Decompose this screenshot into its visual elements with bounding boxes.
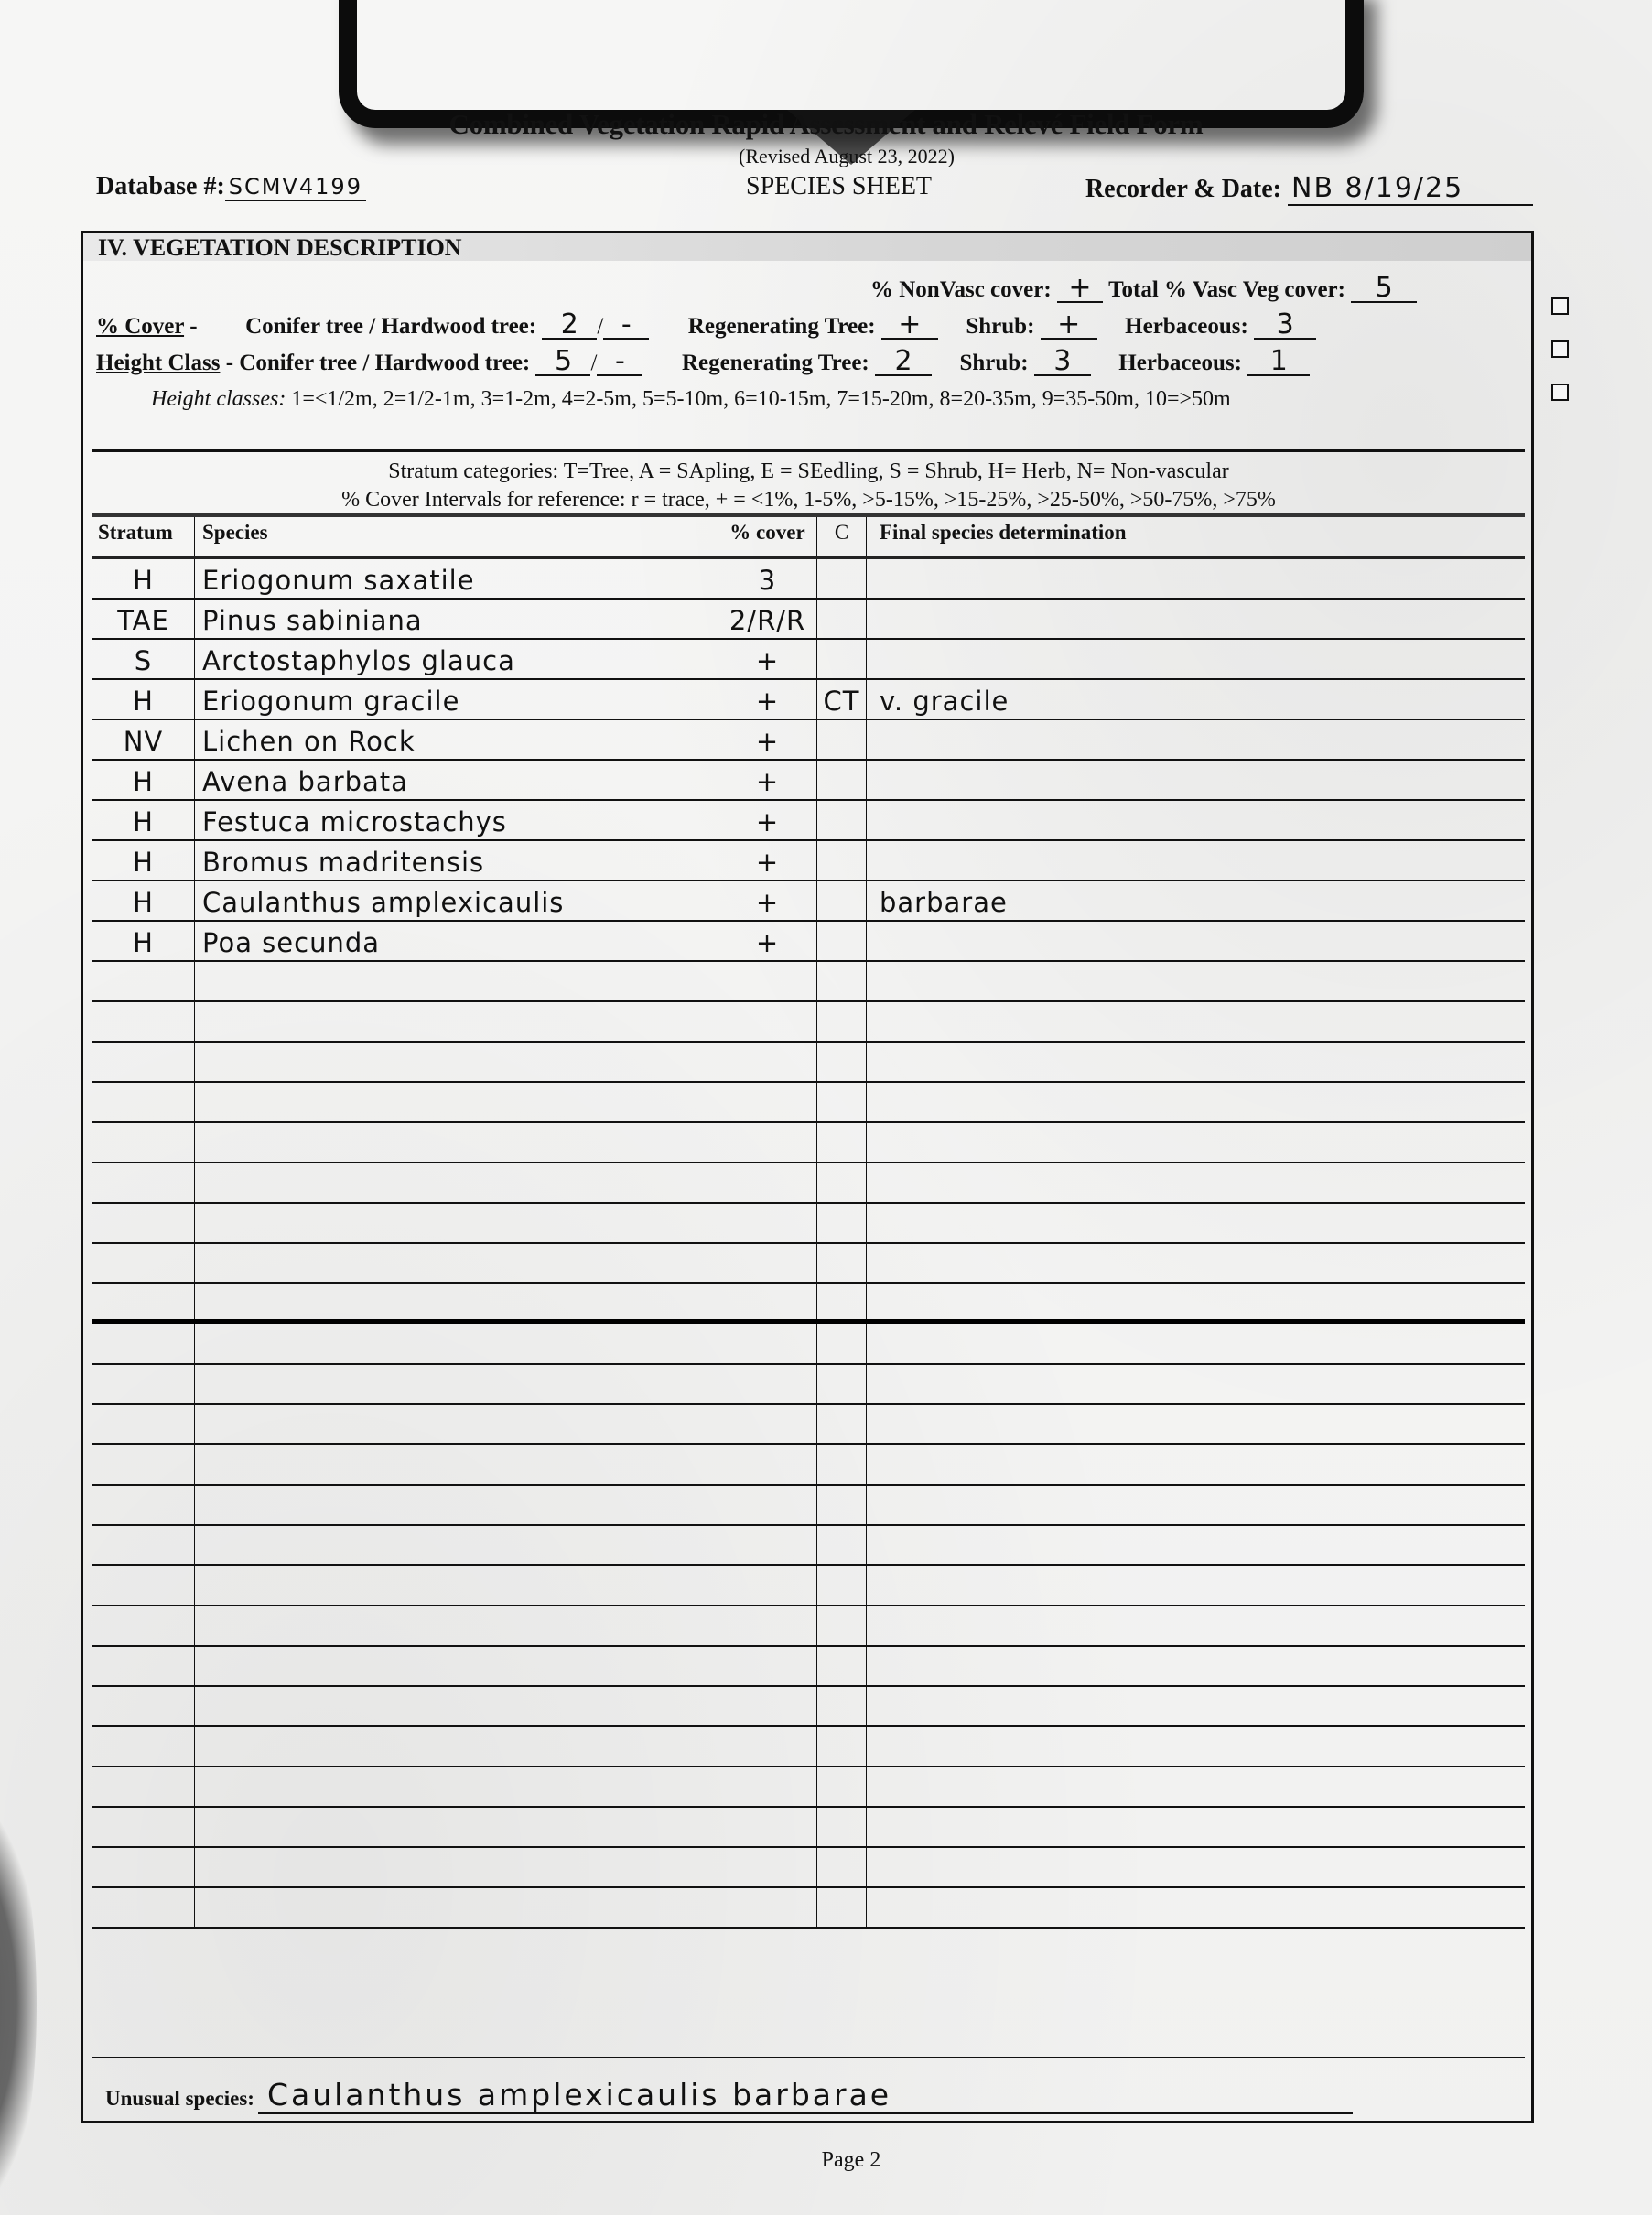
final-determination-cell[interactable]: v. gracile [867, 680, 1525, 719]
cover-cell[interactable] [718, 1848, 817, 1886]
final-determination-cell[interactable] [867, 1123, 1525, 1162]
stratum-cell[interactable] [92, 1204, 195, 1242]
c-cell[interactable] [817, 1123, 867, 1162]
stratum-categories: Stratum categories: T=Tree, A = SApling,… [92, 458, 1525, 486]
total-cover-line: % NonVasc cover: + Total % Vasc Veg cove… [870, 276, 1417, 303]
species-cell[interactable] [195, 1002, 718, 1041]
stratum-cell[interactable]: H [92, 881, 195, 920]
table-row [92, 1204, 1525, 1244]
c-cell[interactable] [817, 1888, 867, 1927]
species-cell[interactable] [195, 1486, 718, 1524]
recorder-value[interactable]: NB 8/19/25 [1288, 172, 1533, 206]
cover-cell[interactable]: + [718, 720, 817, 759]
cover-intervals: % Cover Intervals for reference: r = tra… [92, 486, 1525, 514]
species-cell[interactable]: Lichen on Rock [195, 720, 718, 759]
height-class-line: Height Class - Conifer tree / Hardwood t… [96, 349, 1310, 376]
header-stratum: Stratum [92, 517, 195, 556]
cover-cell[interactable]: 2/R/R [718, 600, 817, 638]
stratum-cell[interactable] [92, 1526, 195, 1564]
percent-cover-line: % Cover - Conifer tree / Hardwood tree: … [96, 312, 1316, 340]
final-determination-cell[interactable] [867, 1566, 1525, 1605]
species-cell[interactable] [195, 1647, 718, 1685]
regen-cover-label: Regenerating Tree: [688, 314, 876, 339]
final-determination-cell[interactable] [867, 720, 1525, 759]
c-cell[interactable] [817, 801, 867, 839]
conifer-cover-value[interactable]: 2 [542, 312, 597, 340]
final-determination-cell[interactable] [867, 1043, 1525, 1081]
table-row: HAvena barbata+ [92, 761, 1525, 801]
herb-height-label: Herbaceous: [1118, 351, 1242, 375]
stratum-cell[interactable] [92, 1163, 195, 1202]
c-cell[interactable] [817, 1486, 867, 1524]
species-cell[interactable] [195, 962, 718, 1000]
form-revision: (Revised August 23, 2022) [0, 145, 1652, 168]
cover-cell[interactable] [718, 1727, 817, 1766]
table-row [92, 962, 1525, 1002]
c-cell[interactable] [817, 1767, 867, 1806]
table-row [92, 1606, 1525, 1647]
recorder-field: Recorder & Date: NB 8/19/25 [1085, 172, 1533, 206]
database-value[interactable]: SCMV4199 [225, 174, 366, 201]
table-row [92, 1767, 1525, 1808]
final-determination-cell[interactable] [867, 1486, 1525, 1524]
table-header: Stratum Species % cover C Final species … [92, 517, 1525, 559]
table-row: HBromus madritensis+ [92, 841, 1525, 881]
cover-cell[interactable]: + [718, 761, 817, 799]
table-row [92, 1284, 1525, 1324]
section-title: IV. VEGETATION DESCRIPTION [83, 233, 1531, 261]
stratum-cell[interactable] [92, 1767, 195, 1806]
species-cell[interactable]: Eriogonum saxatile [195, 559, 718, 598]
c-cell[interactable] [817, 1324, 867, 1363]
stratum-cell[interactable] [92, 1324, 195, 1363]
cover-cell[interactable] [718, 1405, 817, 1443]
table-row: HPoa secunda+ [92, 922, 1525, 962]
height-classes-label: Height classes: [151, 387, 286, 411]
c-cell[interactable] [817, 1687, 867, 1725]
stratum-cell[interactable] [92, 1566, 195, 1605]
shrub-cover-value[interactable]: + [1041, 312, 1097, 340]
table-row: HEriogonum saxatile3 [92, 559, 1525, 600]
cover-cell[interactable] [718, 1083, 817, 1121]
species-cell[interactable] [195, 1767, 718, 1806]
shrub-height-label: Shrub: [960, 351, 1029, 375]
cover-cell[interactable] [718, 1486, 817, 1524]
final-determination-cell[interactable] [867, 922, 1525, 960]
cover-cell[interactable]: + [718, 640, 817, 678]
unusual-species-value[interactable]: Caulanthus amplexicaulis barbarae [258, 2077, 1353, 2114]
conifer-hardwood-height-label: Conifer tree / Hardwood tree: [239, 351, 530, 375]
c-cell[interactable] [817, 720, 867, 759]
table-row [92, 1405, 1525, 1445]
stratum-cell[interactable] [92, 1043, 195, 1081]
cover-cell[interactable] [718, 1767, 817, 1806]
herb-cover-value[interactable]: 3 [1254, 312, 1316, 340]
cover-cell[interactable] [718, 1566, 817, 1605]
species-cell[interactable] [195, 1083, 718, 1121]
c-cell[interactable] [817, 881, 867, 920]
cover-cell[interactable]: + [718, 680, 817, 719]
header-final: Final species determination [867, 517, 1525, 556]
table-row: SArctostaphylos glauca+ [92, 640, 1525, 680]
c-cell[interactable] [817, 761, 867, 799]
page-number: Page 2 [0, 2148, 1652, 2173]
c-cell[interactable] [817, 841, 867, 880]
final-determination-cell[interactable] [867, 1324, 1525, 1363]
table-row [92, 1727, 1525, 1767]
cover-cell[interactable] [718, 1163, 817, 1202]
total-vasc-label: Total % Vasc Veg cover: [1108, 277, 1345, 302]
unusual-species-label: Unusual species: [105, 2087, 254, 2110]
cover-cell[interactable] [718, 1445, 817, 1484]
table-row [92, 1848, 1525, 1888]
species-cell[interactable]: Pinus sabiniana [195, 600, 718, 638]
final-determination-cell[interactable] [867, 1083, 1525, 1121]
c-cell[interactable] [817, 1606, 867, 1645]
species-cell[interactable]: Bromus madritensis [195, 841, 718, 880]
species-cell[interactable] [195, 1727, 718, 1766]
stratum-cell[interactable]: TAE [92, 600, 195, 638]
stratum-cell[interactable]: H [92, 761, 195, 799]
checkbox[interactable] [1551, 340, 1569, 358]
regen-height-value[interactable]: 2 [875, 349, 932, 376]
stratum-cell[interactable]: S [92, 640, 195, 678]
table-row: NVLichen on Rock+ [92, 720, 1525, 761]
final-determination-cell[interactable]: barbarae [867, 881, 1525, 920]
final-determination-cell[interactable] [867, 761, 1525, 799]
c-cell[interactable] [817, 640, 867, 678]
table-row [92, 1163, 1525, 1204]
final-determination-cell[interactable] [867, 1002, 1525, 1041]
c-cell[interactable]: CT [817, 680, 867, 719]
final-determination-cell[interactable] [867, 801, 1525, 839]
shrub-height-value[interactable]: 3 [1034, 349, 1091, 376]
conifer-hardwood-label: Conifer tree / Hardwood tree: [245, 314, 536, 339]
species-table: Stratum Species % cover C Final species … [92, 513, 1525, 1929]
stratum-cell[interactable] [92, 1083, 195, 1121]
height-classes-legend: Height classes: 1=<1/2m, 2=1/2-1m, 3=1-2… [151, 387, 1231, 412]
species-cell[interactable] [195, 1284, 718, 1319]
c-cell[interactable] [817, 1647, 867, 1685]
species-cell[interactable] [195, 1365, 718, 1403]
c-cell[interactable] [817, 1445, 867, 1484]
c-cell[interactable] [817, 1043, 867, 1081]
stratum-cell[interactable]: H [92, 841, 195, 880]
cover-cell[interactable] [718, 1204, 817, 1242]
final-determination-cell[interactable] [867, 1687, 1525, 1725]
table-row: HCaulanthus amplexicaulis+barbarae [92, 881, 1525, 922]
c-cell[interactable] [817, 1405, 867, 1443]
c-cell[interactable] [817, 1566, 867, 1605]
herb-cover-label: Herbaceous: [1125, 314, 1248, 339]
cover-cell[interactable] [718, 962, 817, 1000]
c-cell[interactable] [817, 962, 867, 1000]
final-determination-cell[interactable] [867, 1445, 1525, 1484]
table-row [92, 1888, 1525, 1929]
final-determination-cell[interactable] [867, 962, 1525, 1000]
final-determination-cell[interactable] [867, 1405, 1525, 1443]
cover-cell[interactable]: + [718, 841, 817, 880]
recorder-label: Recorder & Date: [1085, 175, 1281, 203]
cover-cell[interactable] [718, 1647, 817, 1685]
total-vasc-value[interactable]: 5 [1351, 276, 1417, 303]
stratum-cell[interactable] [92, 1848, 195, 1886]
table-row [92, 1486, 1525, 1526]
stratum-cell[interactable]: H [92, 801, 195, 839]
final-determination-cell[interactable] [867, 1727, 1525, 1766]
hardwood-cover-value[interactable]: - [603, 312, 649, 340]
species-cell[interactable] [195, 1526, 718, 1564]
final-determination-cell[interactable] [867, 640, 1525, 678]
hardwood-height-value[interactable]: - [597, 349, 642, 376]
checkbox[interactable] [1551, 297, 1569, 315]
form-title: Combined Vegetation Rapid Assessment and… [0, 108, 1652, 141]
table-row [92, 1324, 1525, 1365]
cover-cell[interactable] [718, 1808, 817, 1846]
stratum-cell[interactable] [92, 1486, 195, 1524]
cover-cell[interactable] [718, 1606, 817, 1645]
c-cell[interactable] [817, 1808, 867, 1846]
height-classes-text: 1=<1/2m, 2=1/2-1m, 3=1-2m, 4=2-5m, 5=5-1… [291, 387, 1230, 411]
c-cell[interactable] [817, 922, 867, 960]
unusual-species: Unusual species: Caulanthus amplexicauli… [92, 2057, 1525, 2121]
cover-cell[interactable]: 3 [718, 559, 817, 598]
form-header: Database #:SCMV4199 SPECIES SHEET Record… [96, 172, 1533, 209]
herb-height-value[interactable]: 1 [1247, 349, 1310, 376]
stratum-cell[interactable] [92, 1445, 195, 1484]
header-species: Species [195, 517, 718, 556]
stratum-cell[interactable] [92, 1123, 195, 1162]
final-determination-cell[interactable] [867, 1244, 1525, 1282]
final-determination-cell[interactable] [867, 1848, 1525, 1886]
species-cell[interactable]: Festuca microstachys [195, 801, 718, 839]
cover-cell[interactable] [718, 1687, 817, 1725]
nonvasc-label: % NonVasc cover: [870, 277, 1052, 302]
c-cell[interactable] [817, 559, 867, 598]
final-determination-cell[interactable] [867, 1606, 1525, 1645]
final-determination-cell[interactable] [867, 1365, 1525, 1403]
final-determination-cell[interactable] [867, 1888, 1525, 1927]
species-cell[interactable] [195, 1405, 718, 1443]
c-cell[interactable] [817, 1727, 867, 1766]
header-c: C [817, 517, 867, 556]
regen-height-label: Regenerating Tree: [682, 351, 869, 375]
table-row: HFestuca microstachys+ [92, 801, 1525, 841]
cover-cell[interactable] [718, 1002, 817, 1041]
table-row [92, 1002, 1525, 1043]
final-determination-cell[interactable] [867, 1284, 1525, 1319]
cover-cell[interactable]: + [718, 922, 817, 960]
species-cell[interactable] [195, 1888, 718, 1927]
stratum-cell[interactable] [92, 1647, 195, 1685]
stratum-cell[interactable] [92, 962, 195, 1000]
species-cell[interactable] [195, 1324, 718, 1363]
species-cell[interactable] [195, 1606, 718, 1645]
vegetation-description-section: IV. VEGETATION DESCRIPTION % NonVasc cov… [81, 231, 1534, 2123]
header-cover: % cover [718, 517, 817, 556]
final-determination-cell[interactable] [867, 1526, 1525, 1564]
final-determination-cell[interactable] [867, 1204, 1525, 1242]
table-row [92, 1244, 1525, 1284]
reference-block: Stratum categories: T=Tree, A = SApling,… [92, 449, 1525, 513]
species-cell[interactable]: Poa secunda [195, 922, 718, 960]
c-cell[interactable] [817, 1284, 867, 1319]
cover-cell[interactable] [718, 1284, 817, 1319]
table-row [92, 1365, 1525, 1405]
species-cell[interactable] [195, 1687, 718, 1725]
species-cell[interactable] [195, 1204, 718, 1242]
species-cell[interactable]: Eriogonum gracile [195, 680, 718, 719]
table-row [92, 1647, 1525, 1687]
final-determination-cell[interactable] [867, 1163, 1525, 1202]
c-cell[interactable] [817, 1002, 867, 1041]
final-determination-cell[interactable] [867, 1808, 1525, 1846]
c-cell[interactable] [817, 1526, 867, 1564]
margin-checkboxes [1551, 297, 1569, 427]
sheet-name: SPECIES SHEET [746, 172, 932, 201]
c-cell[interactable] [817, 600, 867, 638]
table-row [92, 1083, 1525, 1123]
c-cell[interactable] [817, 1083, 867, 1121]
species-cell[interactable] [195, 1808, 718, 1846]
final-determination-cell[interactable] [867, 1647, 1525, 1685]
species-cell[interactable] [195, 1566, 718, 1605]
stratum-cell[interactable] [92, 1244, 195, 1282]
stratum-cell[interactable] [92, 1687, 195, 1725]
species-cell[interactable] [195, 1123, 718, 1162]
height-class-label: Height Class [96, 351, 220, 375]
database-label: Database #: [96, 172, 225, 200]
c-cell[interactable] [817, 1848, 867, 1886]
stratum-cell[interactable]: H [92, 922, 195, 960]
species-cell[interactable]: Arctostaphylos glauca [195, 640, 718, 678]
species-cell[interactable] [195, 1043, 718, 1081]
table-row: TAEPinus sabiniana2/R/R [92, 600, 1525, 640]
nonvasc-value[interactable]: + [1057, 276, 1103, 303]
species-cell[interactable] [195, 1163, 718, 1202]
stratum-cell[interactable] [92, 1808, 195, 1846]
c-cell[interactable] [817, 1204, 867, 1242]
stratum-cell[interactable] [92, 1727, 195, 1766]
stratum-cell[interactable]: H [92, 559, 195, 598]
cover-cell[interactable]: + [718, 881, 817, 920]
table-row [92, 1043, 1525, 1083]
cover-cell[interactable] [718, 1365, 817, 1403]
cover-cell[interactable] [718, 1244, 817, 1282]
table-row [92, 1566, 1525, 1606]
table-row [92, 1808, 1525, 1848]
stratum-cell[interactable] [92, 1606, 195, 1645]
stratum-cell[interactable]: H [92, 680, 195, 719]
species-cell[interactable] [195, 1848, 718, 1886]
c-cell[interactable] [817, 1365, 867, 1403]
table-row: HEriogonum gracile+CTv. gracile [92, 680, 1525, 720]
final-determination-cell[interactable] [867, 841, 1525, 880]
stratum-cell[interactable]: NV [92, 720, 195, 759]
species-cell[interactable] [195, 1445, 718, 1484]
cover-cell[interactable] [718, 1123, 817, 1162]
c-cell[interactable] [817, 1163, 867, 1202]
cover-cell[interactable] [718, 1526, 817, 1564]
table-row [92, 1687, 1525, 1727]
species-cell[interactable]: Caulanthus amplexicaulis [195, 881, 718, 920]
cover-cell[interactable] [718, 1043, 817, 1081]
stratum-cell[interactable] [92, 1888, 195, 1927]
stratum-cell[interactable] [92, 1284, 195, 1319]
cover-cell[interactable] [718, 1324, 817, 1363]
final-determination-cell[interactable] [867, 1767, 1525, 1806]
database-field: Database #:SCMV4199 [96, 172, 366, 201]
table-row [92, 1526, 1525, 1566]
species-cell[interactable]: Avena barbata [195, 761, 718, 799]
cover-cell[interactable] [718, 1888, 817, 1927]
cover-cell[interactable]: + [718, 801, 817, 839]
checkbox[interactable] [1551, 384, 1569, 401]
c-cell[interactable] [817, 1244, 867, 1282]
stratum-cell[interactable] [92, 1405, 195, 1443]
conifer-height-value[interactable]: 5 [535, 349, 590, 376]
final-determination-cell[interactable] [867, 600, 1525, 638]
stratum-cell[interactable] [92, 1365, 195, 1403]
percent-cover-label: % Cover [96, 314, 184, 339]
shrub-cover-label: Shrub: [966, 314, 1034, 339]
species-cell[interactable] [195, 1244, 718, 1282]
table-row [92, 1445, 1525, 1486]
final-determination-cell[interactable] [867, 559, 1525, 598]
stratum-cell[interactable] [92, 1002, 195, 1041]
regen-cover-value[interactable]: + [881, 312, 938, 340]
table-row [92, 1123, 1525, 1163]
